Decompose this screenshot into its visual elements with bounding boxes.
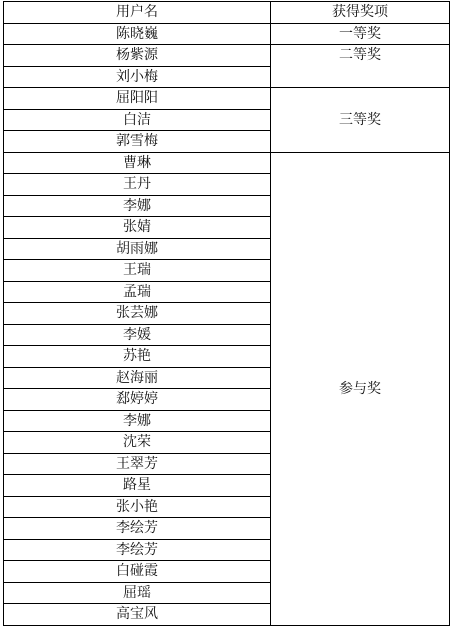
- username-cell: 李绘芳: [4, 518, 271, 540]
- award-cell: 一等奖: [271, 23, 450, 45]
- username-cell: 路星: [4, 475, 271, 497]
- username-cell: 李绘芳: [4, 539, 271, 561]
- username-cell: 李娜: [4, 410, 271, 432]
- username-cell: 王丹: [4, 174, 271, 196]
- username-cell: 赵海丽: [4, 367, 271, 389]
- awards-table: 用户名 获得奖项 陈晓巍一等奖杨紫源二等奖刘小梅屈阳阳三等奖白洁郭雪梅曹琳参与奖…: [3, 1, 450, 626]
- username-cell: 曹琳: [4, 152, 271, 174]
- award-cell: 三等奖: [271, 88, 450, 153]
- table-row: 屈阳阳三等奖: [4, 88, 450, 110]
- username-cell: 刘小梅: [4, 66, 271, 88]
- username-cell: 屈瑶: [4, 582, 271, 604]
- username-cell: 胡雨娜: [4, 238, 271, 260]
- username-cell: 沈荣: [4, 432, 271, 454]
- table-row: 杨紫源二等奖: [4, 45, 450, 67]
- header-award: 获得奖项: [271, 2, 450, 24]
- username-cell: 高宝风: [4, 604, 271, 626]
- table-row: 曹琳参与奖: [4, 152, 450, 174]
- award-cell: 参与奖: [271, 152, 450, 625]
- header-row: 用户名 获得奖项: [4, 2, 450, 24]
- username-cell: 张小艳: [4, 496, 271, 518]
- username-cell: 郄婷婷: [4, 389, 271, 411]
- table-row: 陈晓巍一等奖: [4, 23, 450, 45]
- username-cell: 李娜: [4, 195, 271, 217]
- username-cell: 苏艳: [4, 346, 271, 368]
- username-cell: 张芸娜: [4, 303, 271, 325]
- username-cell: 李媛: [4, 324, 271, 346]
- username-cell: 王翠芳: [4, 453, 271, 475]
- header-username: 用户名: [4, 2, 271, 24]
- username-cell: 陈晓巍: [4, 23, 271, 45]
- username-cell: 白碰霞: [4, 561, 271, 583]
- award-cell: 二等奖: [271, 45, 450, 88]
- username-cell: 杨紫源: [4, 45, 271, 67]
- username-cell: 屈阳阳: [4, 88, 271, 110]
- username-cell: 白洁: [4, 109, 271, 131]
- username-cell: 郭雪梅: [4, 131, 271, 153]
- username-cell: 张婧: [4, 217, 271, 239]
- username-cell: 王瑞: [4, 260, 271, 282]
- username-cell: 孟瑞: [4, 281, 271, 303]
